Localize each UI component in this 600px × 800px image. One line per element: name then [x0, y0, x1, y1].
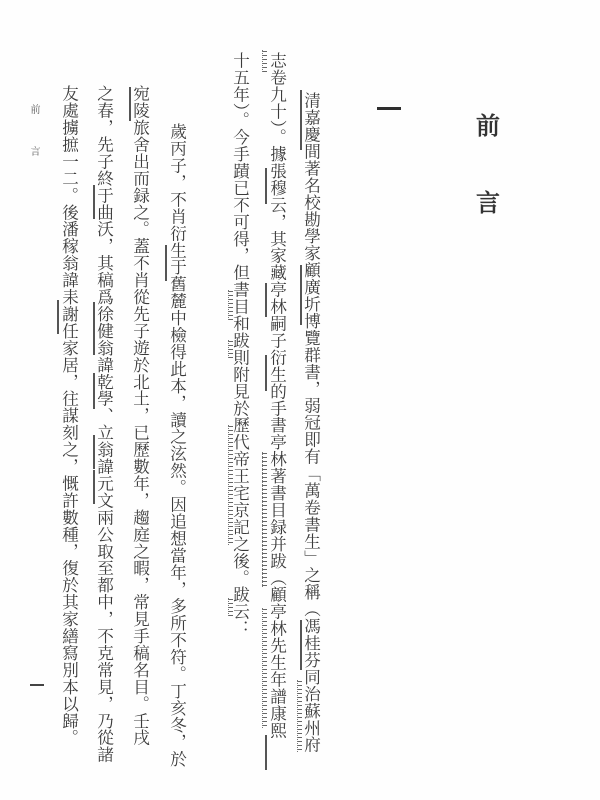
text-column-4: 歲丙子，不肖衍生于舊麓中檢得此本，讀之泫然。因追想當年，多所不符。丁亥冬，於 [168, 123, 185, 767]
document-page: 前 言 清嘉慶間著名校勘學家顧廣圻博覽群書，弱冠即有「萬卷書生」之稱（馮桂芬同治… [0, 0, 600, 800]
section-marker [377, 107, 401, 110]
text-column-7: 友處擄摭一二。後潘稼翁諱耒謝任家居，往謀刻之，慨許數種，復於其家繕寫別本以歸。 [60, 85, 77, 746]
proper-noun-mark [300, 265, 302, 325]
text-column-2: 志卷九十）。據張穆云，其家藏亭林嗣子衍生的手書亭林著書目録并跋（顧亭林先生年譜康… [268, 52, 285, 739]
proper-noun-mark [300, 620, 302, 670]
proper-noun-mark [165, 245, 167, 281]
page-title-char-1: 前 [476, 106, 500, 141]
proper-noun-mark [93, 373, 95, 409]
proper-noun-mark [265, 283, 267, 317]
proper-noun-mark [129, 87, 131, 121]
book-title-mark [228, 340, 233, 358]
book-title-mark [228, 598, 233, 616]
text-column-6: 之春，先子終于曲沃，其稿爲徐健翁諱乾學、立翁諱元文兩公取至都中，不克常見，乃從諸 [95, 85, 112, 763]
text-column-3: 十五年）。今手蹟已不可得，但書目和跋則附見於歷代帝王宅京記之後。跋云： [231, 52, 248, 637]
proper-noun-mark [93, 470, 95, 504]
proper-noun-mark [300, 90, 302, 150]
text-column-1: 清嘉慶間著名校勘學家顧廣圻博覽群書，弱冠即有「萬卷書生」之稱（馮桂芬同治蘇州府 [302, 92, 319, 753]
book-title-mark [262, 452, 267, 587]
book-title-mark [228, 290, 233, 320]
proper-noun-mark [93, 302, 95, 355]
page-number [30, 684, 44, 686]
proper-noun-mark [93, 435, 95, 469]
text-column-5: 宛陵旅舍出而録之。蓋不肖從先子遊於北土，已歷數年，趨庭之暇，常見手稿名目。壬戌 [131, 85, 148, 746]
proper-noun-mark [57, 300, 59, 334]
proper-noun-mark [93, 185, 95, 219]
proper-noun-mark [265, 168, 267, 204]
book-title-mark [262, 50, 267, 72]
running-header-char-1: 前 [26, 104, 41, 114]
proper-noun-mark [265, 735, 267, 770]
running-header-char-2: 言 [26, 146, 41, 156]
book-title-mark [297, 680, 302, 752]
book-title-mark [262, 608, 267, 728]
book-title-mark [228, 425, 233, 545]
proper-noun-mark [265, 355, 267, 391]
page-title-char-2: 言 [476, 183, 500, 218]
